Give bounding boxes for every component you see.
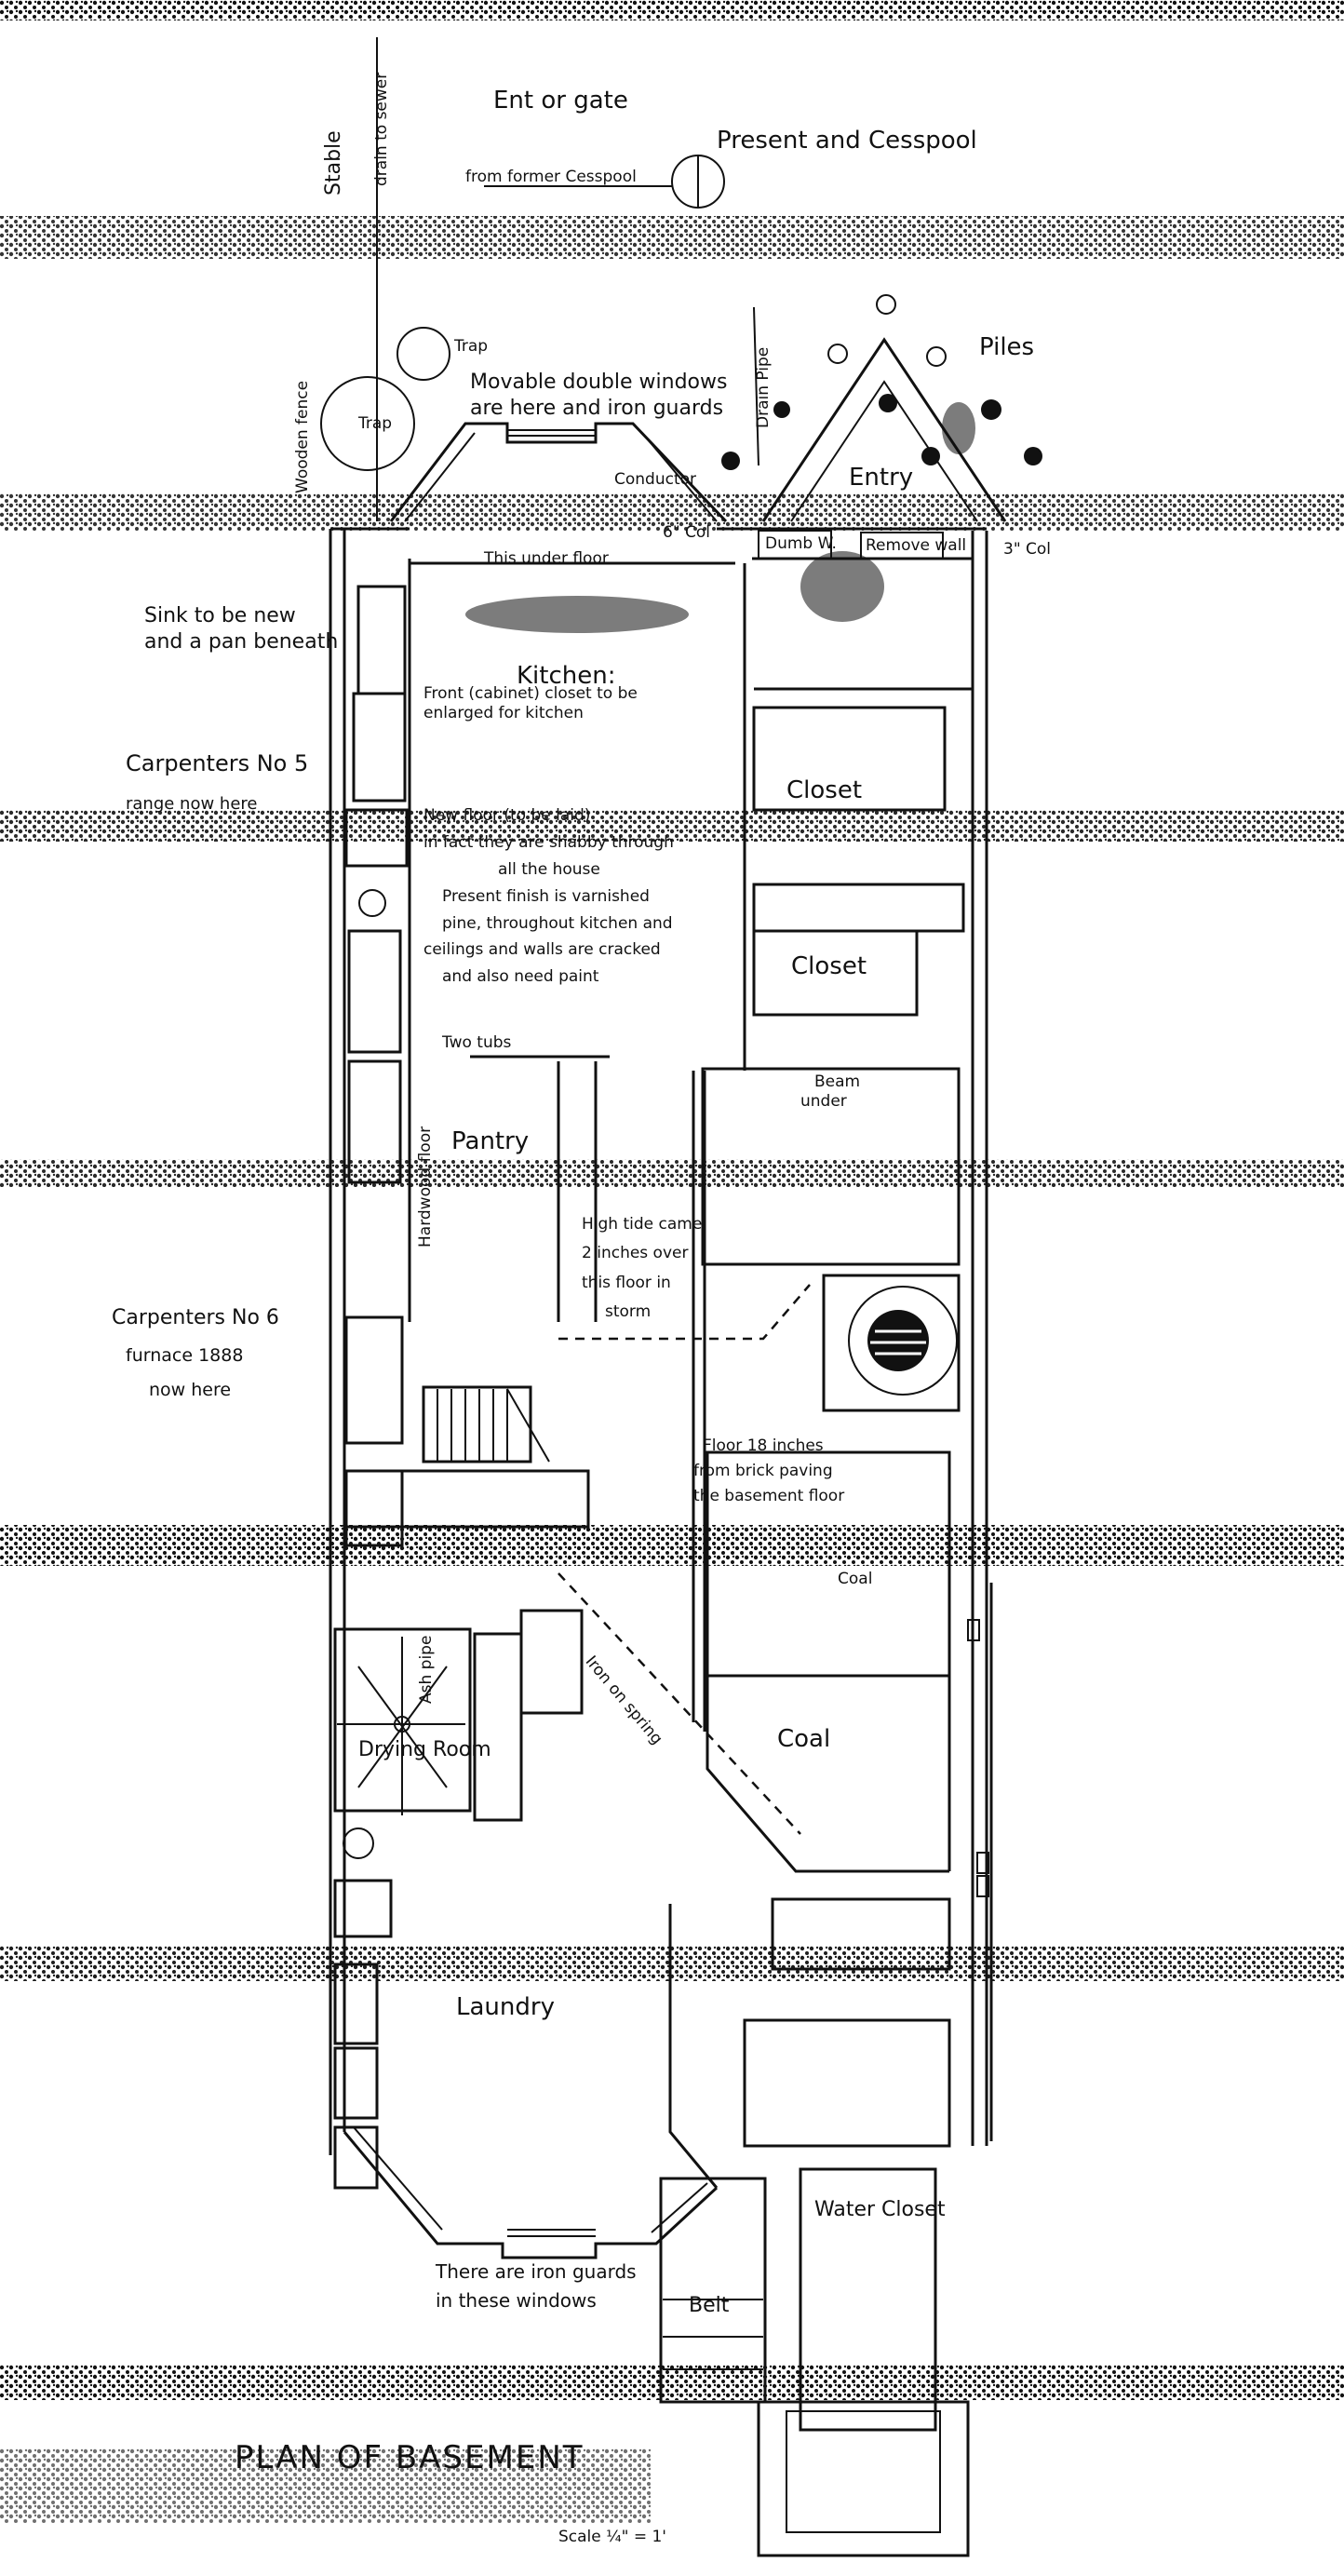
high-tide-note: High tide came 2 inches over this floor … [582, 1210, 702, 1328]
carpenters-no5-note: Carpenters No 5 range now here [126, 749, 308, 816]
scale-label: Scale ¼" = 1' [558, 2528, 666, 2547]
two-tubs-label: Two tubs [442, 1033, 511, 1053]
coal-bins [707, 1452, 949, 1871]
kitchen-closet-note: Front (cabinet) closet to be enlarged fo… [423, 684, 638, 724]
room-coal-1: Coal [838, 1570, 872, 1589]
condition-note: New floor (to be laid) in fact they are … [423, 802, 674, 991]
room-closet-2: Closet [791, 951, 867, 982]
drain-pipe-label: Drain Pipe [754, 347, 773, 428]
wooden-fence-label: Wooden fence [293, 381, 313, 493]
present-cesspool-label: Present and Cesspool [717, 126, 977, 156]
room-drying-room: Drying Room [358, 1737, 491, 1763]
ash-pipe-label: Ash pipe [417, 1636, 437, 1704]
room-water-closet: Water Closet [814, 2197, 946, 2223]
carpenters-no6-note: Carpenters No 6 furnace 1888 now here [112, 1299, 279, 1408]
piles-label: Piles [979, 332, 1034, 363]
conductor-label: Conductor [614, 470, 696, 490]
brick-paving-note: Floor 18 inches from brick paving the ba… [693, 1434, 844, 1510]
remove-wall-label: Remove wall [866, 536, 966, 556]
belt-label: Belt [689, 2293, 729, 2319]
trap-small-label: Trap [454, 337, 488, 357]
under-floor-note: This under floor [484, 549, 609, 569]
trap-small-icon [397, 328, 450, 380]
plan-title: PLAN OF BASEMENT [235, 2439, 585, 2476]
left-closets [346, 587, 407, 1545]
stable-label: Stable [321, 130, 347, 196]
room-pantry: Pantry [451, 1126, 529, 1157]
trap-large-label: Trap [358, 414, 392, 434]
iron-guards-note: There are iron guards in these windows [436, 2258, 637, 2315]
street-gate-label: Ent or gate [493, 86, 628, 116]
room-dumb-waiter: Dumb W. [765, 534, 837, 554]
drain-to-sewer-label: drain to sewer [372, 73, 392, 186]
former-cesspool-label: from former Cesspool [465, 168, 637, 187]
sink-note: Sink to be new and a pan beneath [144, 603, 338, 654]
hardwood-floor-label: Hardwood floor [416, 1126, 436, 1248]
beam-under-note: Beam under [712, 1072, 860, 1113]
room-coal-2: Coal [777, 1724, 830, 1755]
six-inch-column-label: 6" Col [663, 523, 710, 543]
room-laundry: Laundry [456, 1992, 555, 2023]
room-entry: Entry [849, 463, 913, 493]
room-closet-1: Closet [786, 775, 862, 806]
movable-windows-note: Movable double windows are here and iron… [470, 370, 727, 421]
three-inch-column-label: 3" Col [1003, 540, 1051, 560]
basement-stairs [346, 1387, 588, 1527]
rear-right-rooms [661, 1899, 968, 2556]
